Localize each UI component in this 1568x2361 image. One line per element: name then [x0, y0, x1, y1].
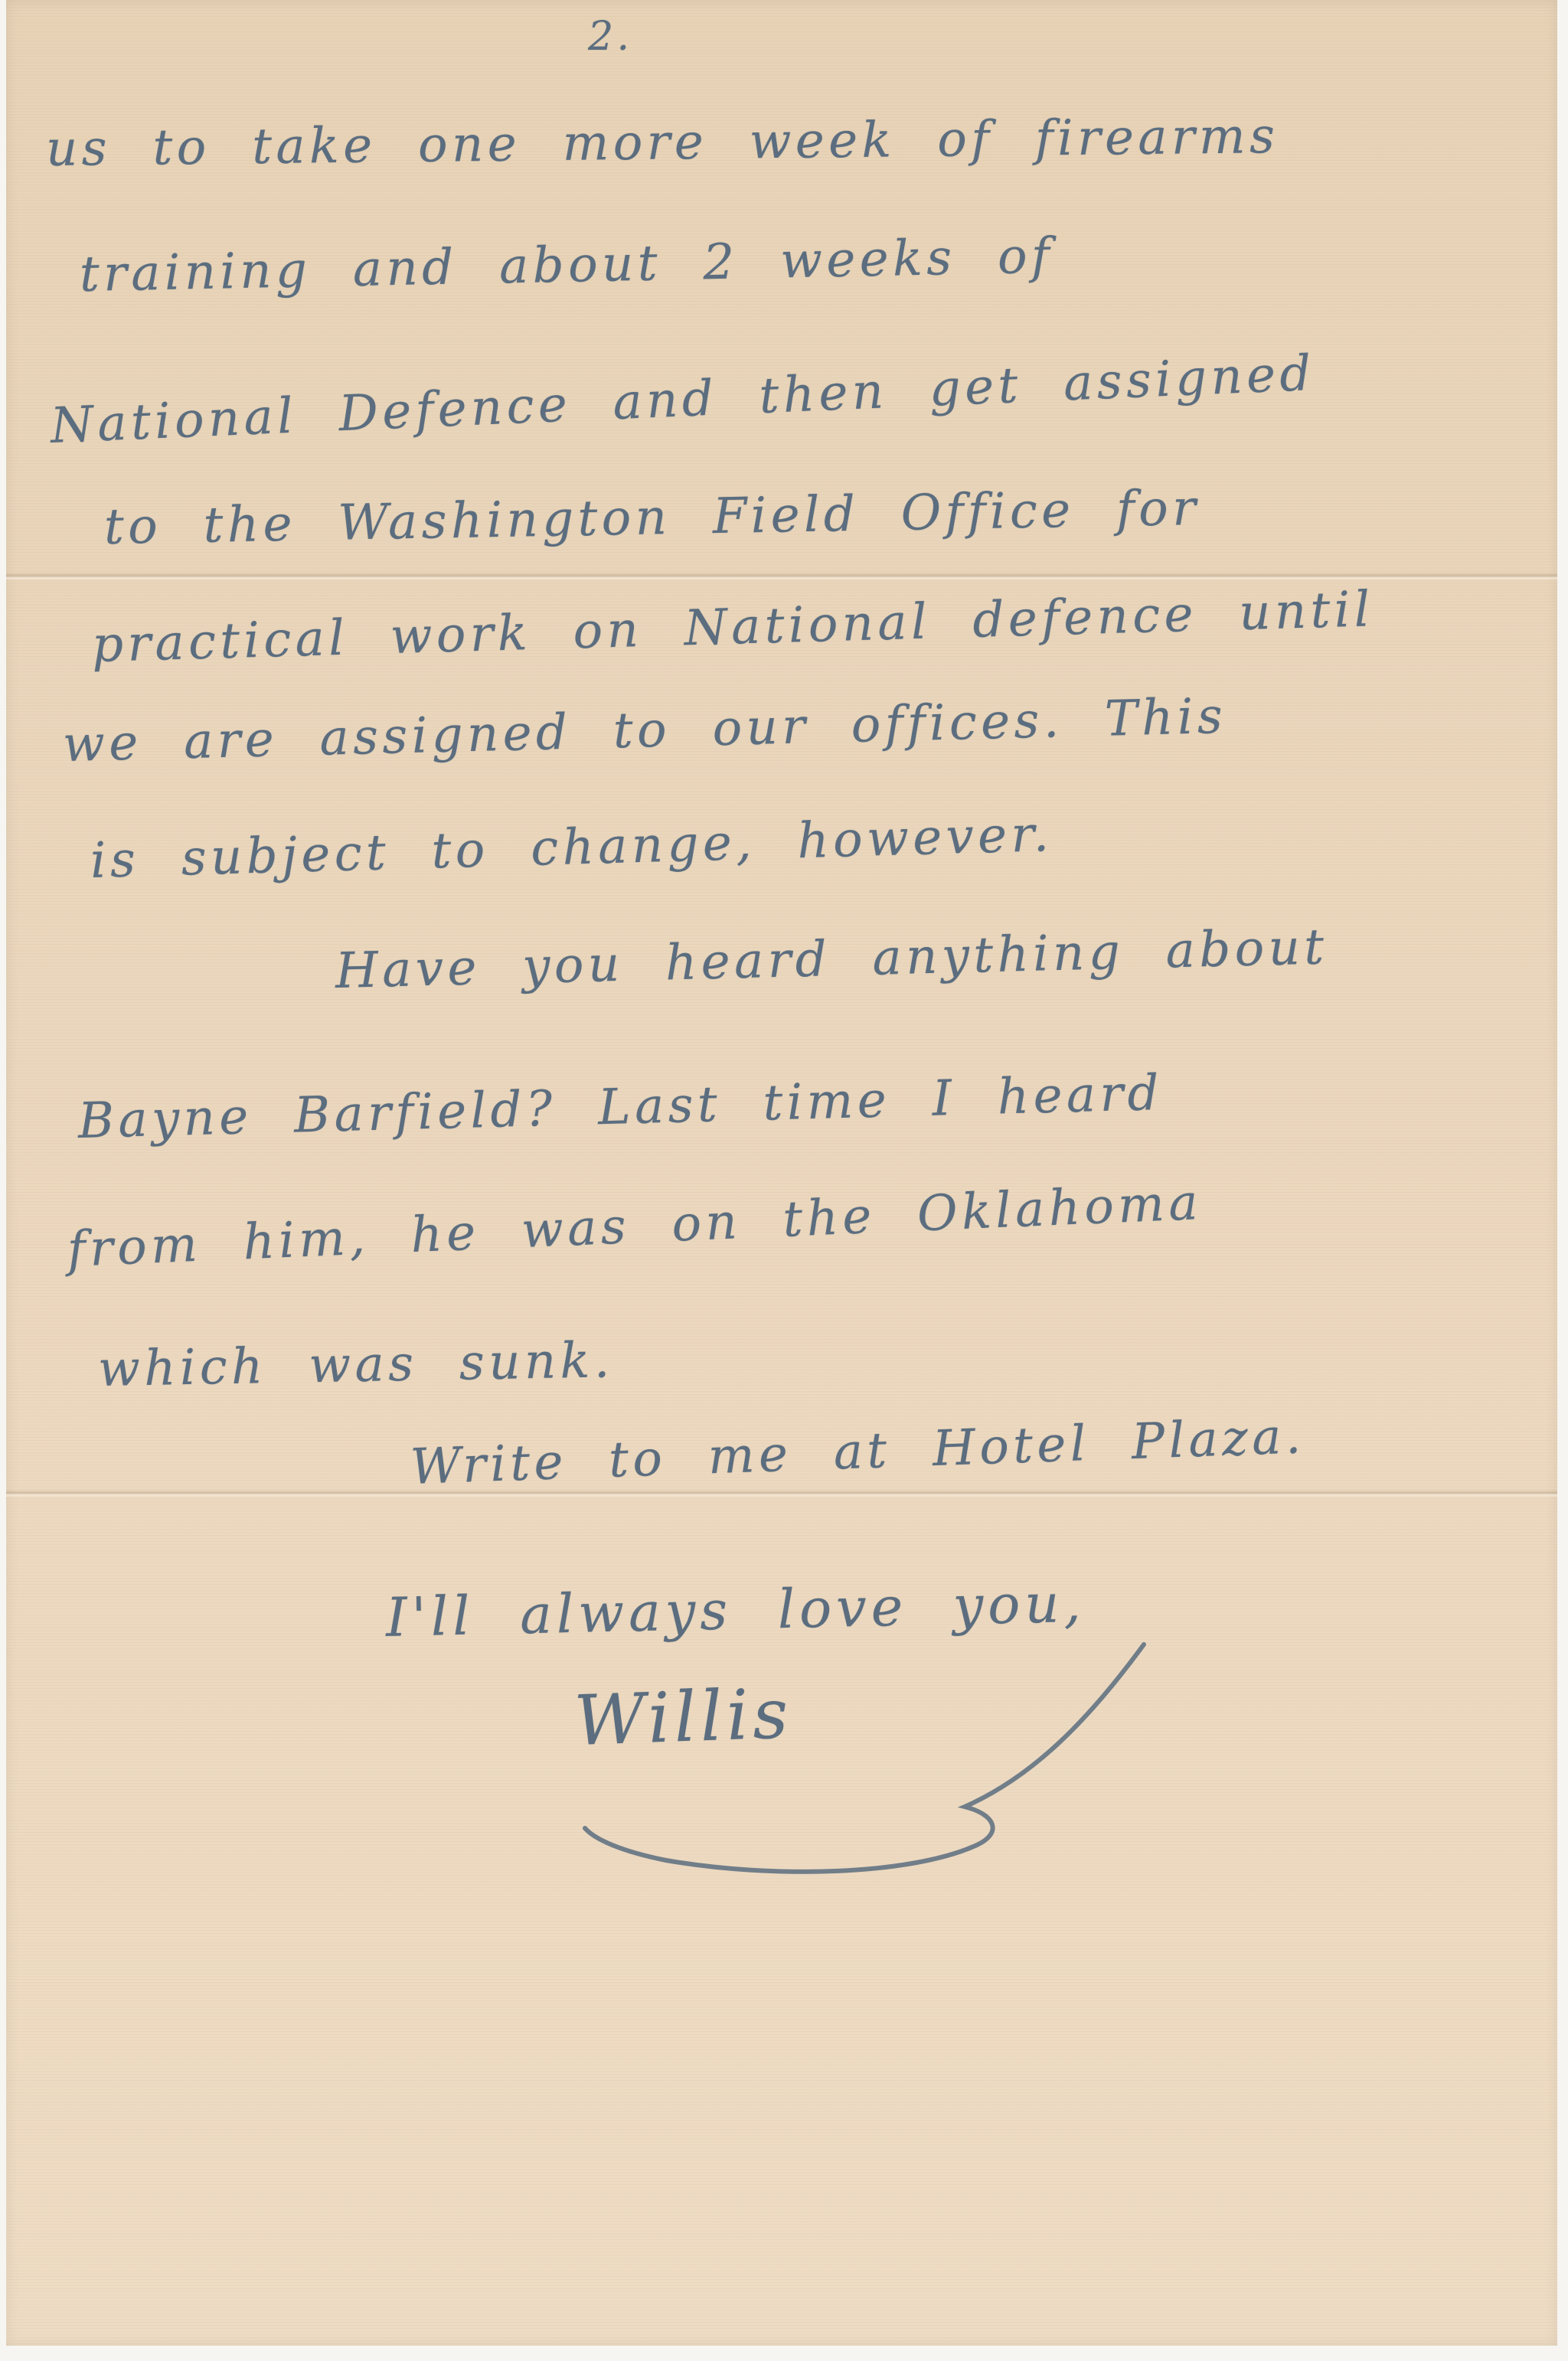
letter-paper: 2. us to take one more week of firearms …	[6, 0, 1557, 2346]
handwritten-line: is subject to change, however.	[90, 806, 1053, 890]
scanned-letter-page: { "letter": { "kind": "handwritten lette…	[0, 0, 1568, 2361]
handwritten-line: to the Washington Field Office for	[103, 480, 1200, 556]
handwritten-line: Write to me at Hotel Plaza.	[410, 1408, 1306, 1496]
handwritten-line: which was sunk.	[97, 1332, 614, 1398]
handwritten-line: from him, he was on the Oklahoma	[66, 1174, 1203, 1278]
handwritten-line: Have you heard anything about	[335, 919, 1328, 1000]
handwritten-line: Bayne Barfield? Last time I heard	[77, 1065, 1164, 1150]
signature-flourish-stroke	[6, 0, 1557, 2346]
handwritten-line: we are assigned to our offices. This	[62, 688, 1227, 773]
handwritten-line: training and about 2 weeks of	[79, 228, 1054, 303]
fold-crease-upper	[6, 573, 1557, 580]
handwritten-line: practical work on National defence until	[91, 581, 1375, 674]
closing-line: I'll always love you,	[385, 1572, 1086, 1649]
handwritten-line: National Defence and then get assigned	[49, 345, 1316, 455]
signature: Willis	[573, 1674, 793, 1762]
page-number: 2.	[588, 14, 632, 60]
handwritten-line: us to take one more week of firearms	[46, 108, 1279, 178]
fold-crease-lower	[6, 1490, 1557, 1497]
